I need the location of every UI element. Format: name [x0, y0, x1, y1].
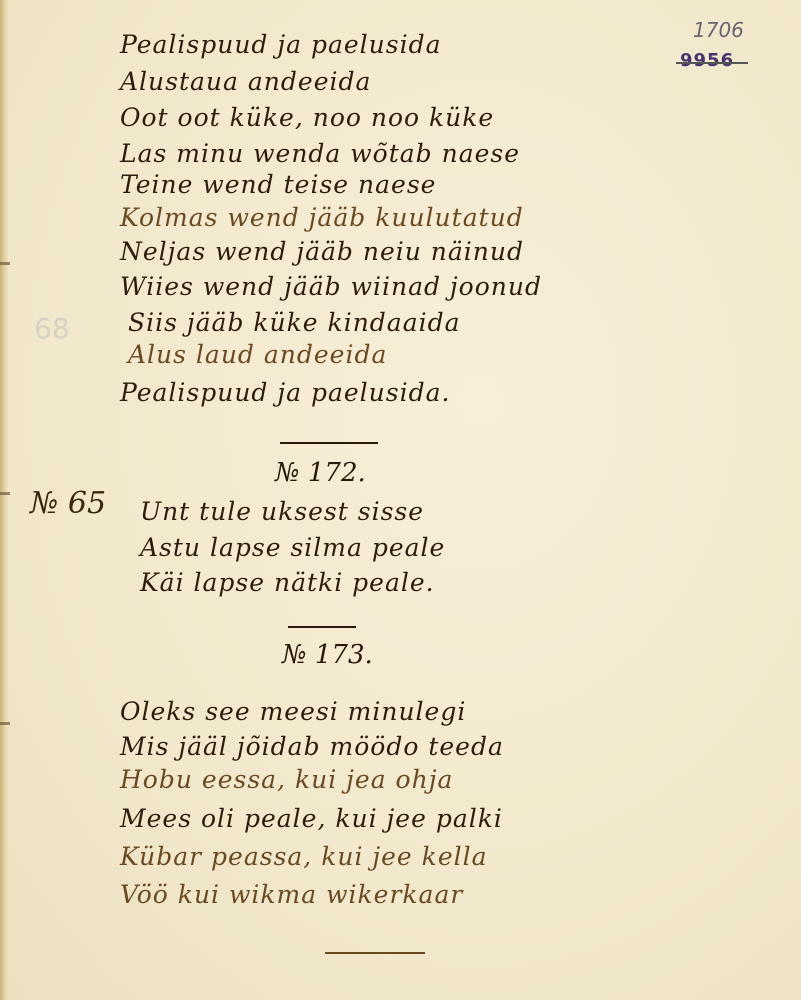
pencil-margin-mark: 68 [34, 312, 70, 345]
verse-line: Alus laud andeeida [128, 340, 387, 369]
verse-line: Vöö kui wikma wikerkaar [120, 880, 463, 909]
verse-line: Teine wend teise naese [120, 170, 436, 199]
verse-line: Oot oot küke, noo noo küke [120, 103, 494, 132]
verse-line: Pealispuud ja paelusida. [120, 378, 450, 407]
section-divider [280, 442, 378, 444]
section-divider [288, 626, 356, 628]
verse-line: Pealispuud ja paelusida [120, 30, 442, 59]
strike-through-line [676, 62, 748, 64]
verse-line: Astu lapse silma peale [140, 533, 445, 562]
verse-line: Las minu wenda wõtab naese [120, 139, 520, 168]
binding-notch [0, 722, 10, 725]
page-binding-edge [0, 0, 8, 1000]
verse-line: Kolmas wend jääb kuulutatud [120, 203, 524, 232]
verse-line: Mis jääl jõidab möödo teeda [120, 732, 504, 761]
verse-line: Käi lapse nätki peale. [140, 568, 435, 597]
verse-line: Kübar peassa, kui jee kella [120, 842, 488, 871]
section-divider [325, 952, 425, 954]
margin-number: № 65 [30, 486, 106, 521]
verse-line: Hobu eessa, kui jea ohja [120, 765, 453, 794]
verse-line: Neljas wend jääb neiu näinud [120, 237, 524, 266]
binding-notch [0, 262, 10, 265]
verse-line: Alustaua andeeida [120, 67, 371, 96]
verse-line: Siis jääb küke kindaaida [128, 308, 461, 337]
verse-line: Wiies wend jääb wiinad joonud [120, 272, 542, 301]
archive-number-current: 1706 [693, 18, 744, 42]
song-number-heading: № 172. [275, 458, 366, 488]
manuscript-page: 1706 9956 68 Pealispuud ja paelusida Alu… [0, 0, 801, 1000]
archive-number-struck: 9956 [680, 50, 734, 71]
song-number-heading: № 173. [282, 640, 373, 670]
binding-notch [0, 492, 10, 495]
verse-line: Mees oli peale, kui jee palki [120, 804, 503, 833]
verse-line: Unt tule uksest sisse [140, 497, 424, 526]
verse-line: Oleks see meesi minulegi [120, 697, 466, 726]
